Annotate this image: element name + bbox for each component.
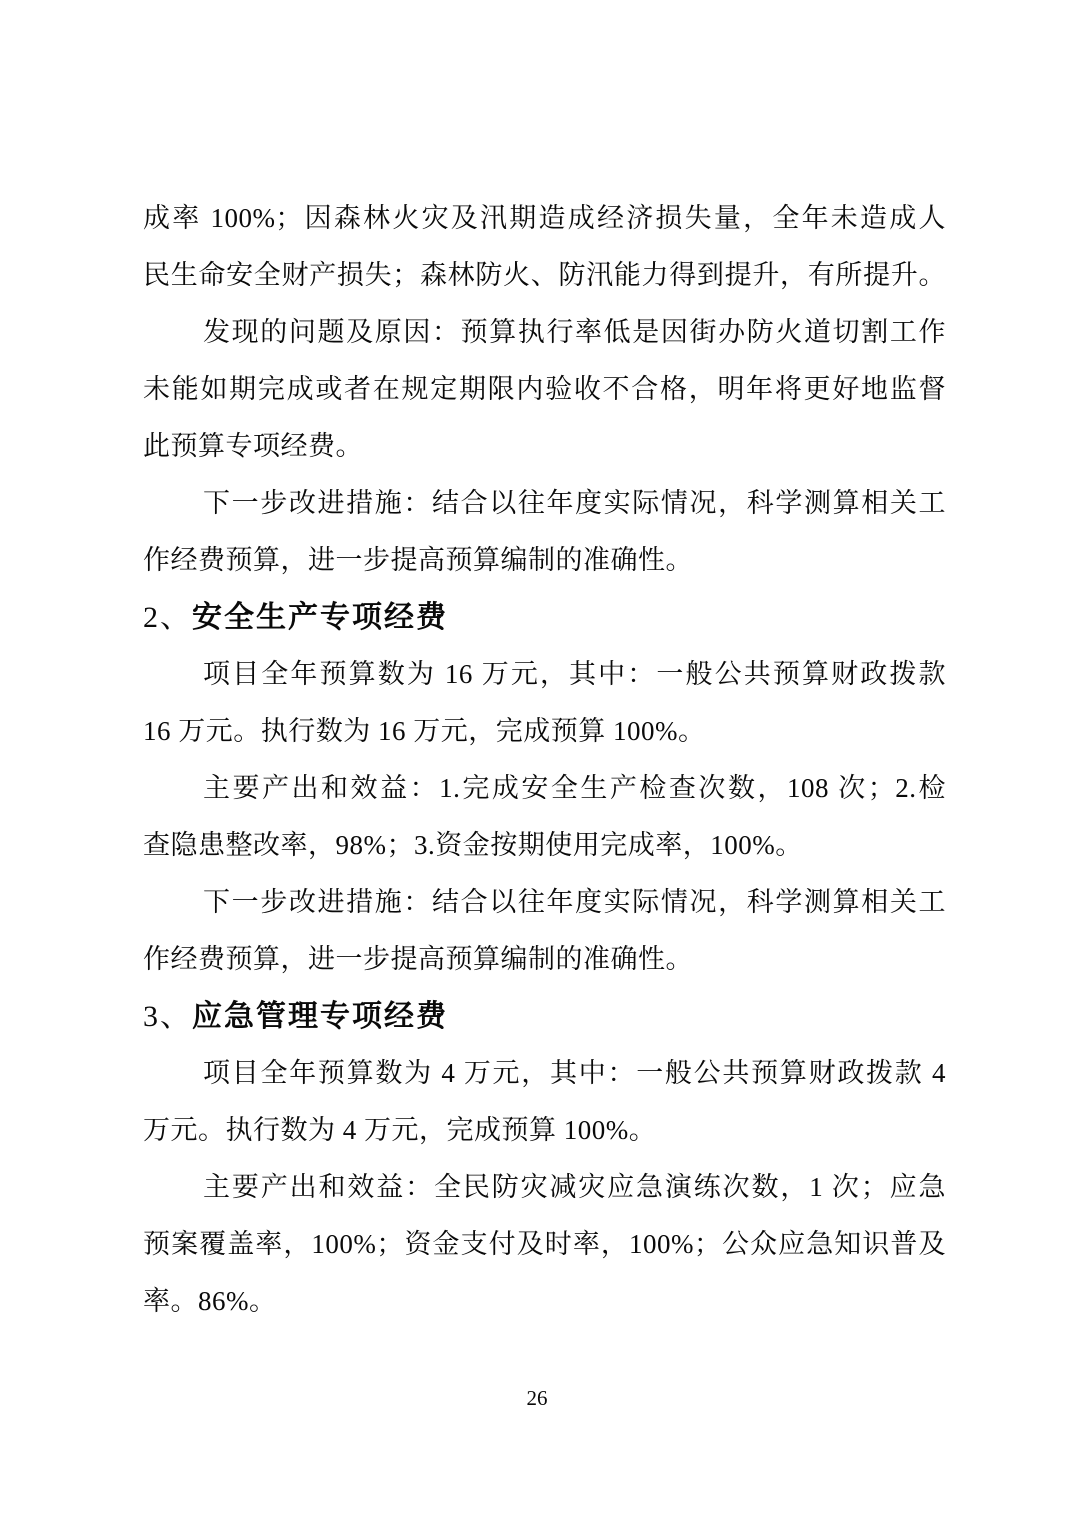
document-body: 成率 100%；因森林火灾及汛期造成经济损失量，全年未造成人 民生命安全财产损失… (143, 190, 946, 1330)
paragraph: 主要产出和效益：全民防灾减灾应急演练次数，1 次；应急 预案覆盖率，100%；资… (143, 1159, 946, 1330)
text-line: 下一步改进措施：结合以往年度实际情况，科学测算相关工 (143, 475, 946, 532)
document-page: { "page": { "background_color": "#ffffff… (0, 0, 1074, 1520)
heading-number: 3、 (143, 1000, 192, 1033)
page-number: 26 (0, 1386, 1074, 1410)
text-line: 预案覆盖率，100%；资金支付及时率，100%；公众应急知识普及 (143, 1216, 946, 1273)
text-line: 万元。执行数为 4 万元，完成预算 100%。 (143, 1102, 946, 1159)
heading-title: 应急管理专项经费 (192, 1000, 448, 1033)
text-line: 项目全年预算数为 4 万元，其中：一般公共预算财政拨款 4 (143, 1045, 946, 1102)
text-line: 16 万元。执行数为 16 万元，完成预算 100%。 (143, 703, 946, 760)
text-line: 下一步改进措施：结合以往年度实际情况，科学测算相关工 (143, 874, 946, 931)
text-line: 作经费预算，进一步提高预算编制的准确性。 (143, 931, 946, 988)
paragraph: 下一步改进措施：结合以往年度实际情况，科学测算相关工 作经费预算，进一步提高预算… (143, 475, 946, 589)
text-line: 项目全年预算数为 16 万元，其中：一般公共预算财政拨款 (143, 646, 946, 703)
heading-title: 安全生产专项经费 (192, 601, 448, 634)
paragraph: 发现的问题及原因：预算执行率低是因街办防火道切割工作 未能如期完成或者在规定期限… (143, 304, 946, 475)
section-heading: 3、应急管理专项经费 (143, 988, 946, 1045)
paragraph: 成率 100%；因森林火灾及汛期造成经济损失量，全年未造成人 民生命安全财产损失… (143, 190, 946, 304)
text-line: 此预算专项经费。 (143, 418, 946, 475)
text-line: 发现的问题及原因：预算执行率低是因街办防火道切割工作 (143, 304, 946, 361)
section-heading: 2、安全生产专项经费 (143, 589, 946, 646)
paragraph: 项目全年预算数为 16 万元，其中：一般公共预算财政拨款 16 万元。执行数为 … (143, 646, 946, 760)
paragraph: 主要产出和效益：1.完成安全生产检查次数，108 次；2.检 查隐患整改率，98… (143, 760, 946, 874)
text-line: 率。86%。 (143, 1273, 946, 1330)
text-line: 主要产出和效益：全民防灾减灾应急演练次数，1 次；应急 (143, 1159, 946, 1216)
text-line: 成率 100%；因森林火灾及汛期造成经济损失量，全年未造成人 (143, 190, 946, 247)
paragraph: 项目全年预算数为 4 万元，其中：一般公共预算财政拨款 4 万元。执行数为 4 … (143, 1045, 946, 1159)
text-line: 民生命安全财产损失；森林防火、防汛能力得到提升，有所提升。 (143, 247, 946, 304)
text-line: 作经费预算，进一步提高预算编制的准确性。 (143, 532, 946, 589)
heading-number: 2、 (143, 601, 192, 634)
text-line: 未能如期完成或者在规定期限内验收不合格，明年将更好地监督 (143, 361, 946, 418)
text-line: 主要产出和效益：1.完成安全生产检查次数，108 次；2.检 (143, 760, 946, 817)
text-line: 查隐患整改率，98%；3.资金按期使用完成率，100%。 (143, 817, 946, 874)
paragraph: 下一步改进措施：结合以往年度实际情况，科学测算相关工 作经费预算，进一步提高预算… (143, 874, 946, 988)
